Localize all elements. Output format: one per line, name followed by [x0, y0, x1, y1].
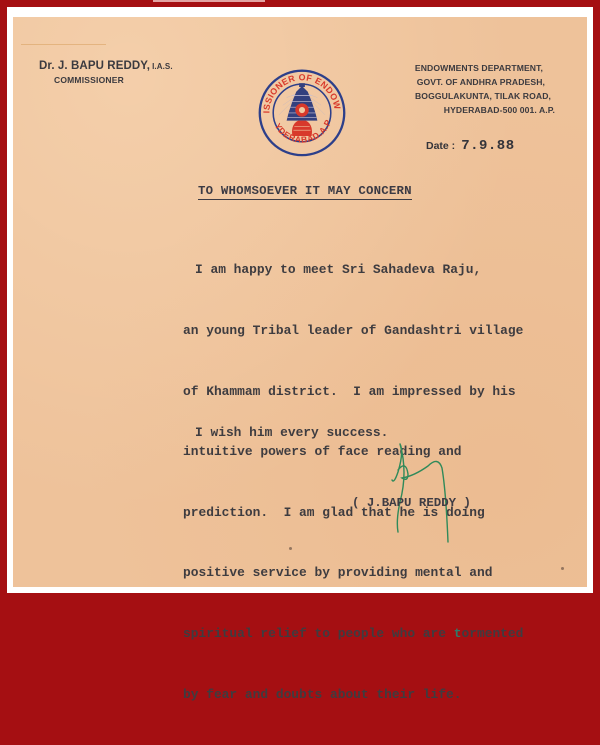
letter-body: I am happy to meet Sri Sahadeva Raju, an… [183, 220, 523, 600]
commissioner-seal-icon: COMMISSIONER OF ENDOWMENTS HYDERABAD.A.P… [254, 63, 350, 159]
sender-title: COMMISSIONER [54, 75, 173, 85]
sender-block: Dr. J. BAPU REDDY,I.A.S. COMMISSIONER [39, 60, 173, 85]
letter-heading: TO WHOMSOEVER IT MAY CONCERN [198, 184, 412, 200]
body-line: of Khammam district. I am impressed by h… [183, 382, 523, 402]
address-line: GOVT. OF ANDHRA PRADESH, [355, 75, 545, 89]
address-line: HYDERABAD-500 001. A.P. [355, 103, 555, 117]
body-line: intuitive powers of face reading and [183, 442, 523, 462]
body-line: I am happy to meet Sri Sahadeva Raju, [183, 260, 523, 280]
paper-speck [561, 567, 564, 570]
date-value: 7.9.88 [461, 138, 514, 154]
address-line: ENDOWMENTS DEPARTMENT, [355, 61, 543, 75]
handwritten-signature-icon [388, 442, 458, 547]
paper-crease [21, 44, 106, 45]
body-line: positive service by providing mental and [183, 563, 523, 583]
signatory-name: ( J.BAPU REDDY ) [352, 496, 471, 510]
closing-line: I wish him every success. [195, 425, 388, 440]
frame-highlight-strip [153, 0, 265, 2]
address-line: BOGGULAKUNTA, TILAK ROAD, [355, 89, 551, 103]
paper-speck [289, 547, 292, 550]
date-row: Date :7.9.88 [426, 136, 515, 154]
sender-suffix: I.A.S. [152, 62, 173, 71]
body-line: an young Tribal leader of Gandashtri vil… [183, 321, 523, 341]
sender-name: Dr. J. BAPU REDDY,I.A.S. [39, 60, 173, 72]
department-address: ENDOWMENTS DEPARTMENT, GOVT. OF ANDHRA P… [355, 61, 555, 117]
letter-paper: Dr. J. BAPU REDDY,I.A.S. COMMISSIONER CO… [13, 17, 587, 587]
date-label: Date : [426, 140, 455, 152]
red-frame-border: Dr. J. BAPU REDDY,I.A.S. COMMISSIONER CO… [0, 0, 600, 600]
sender-name-text: Dr. J. BAPU REDDY, [39, 60, 150, 72]
